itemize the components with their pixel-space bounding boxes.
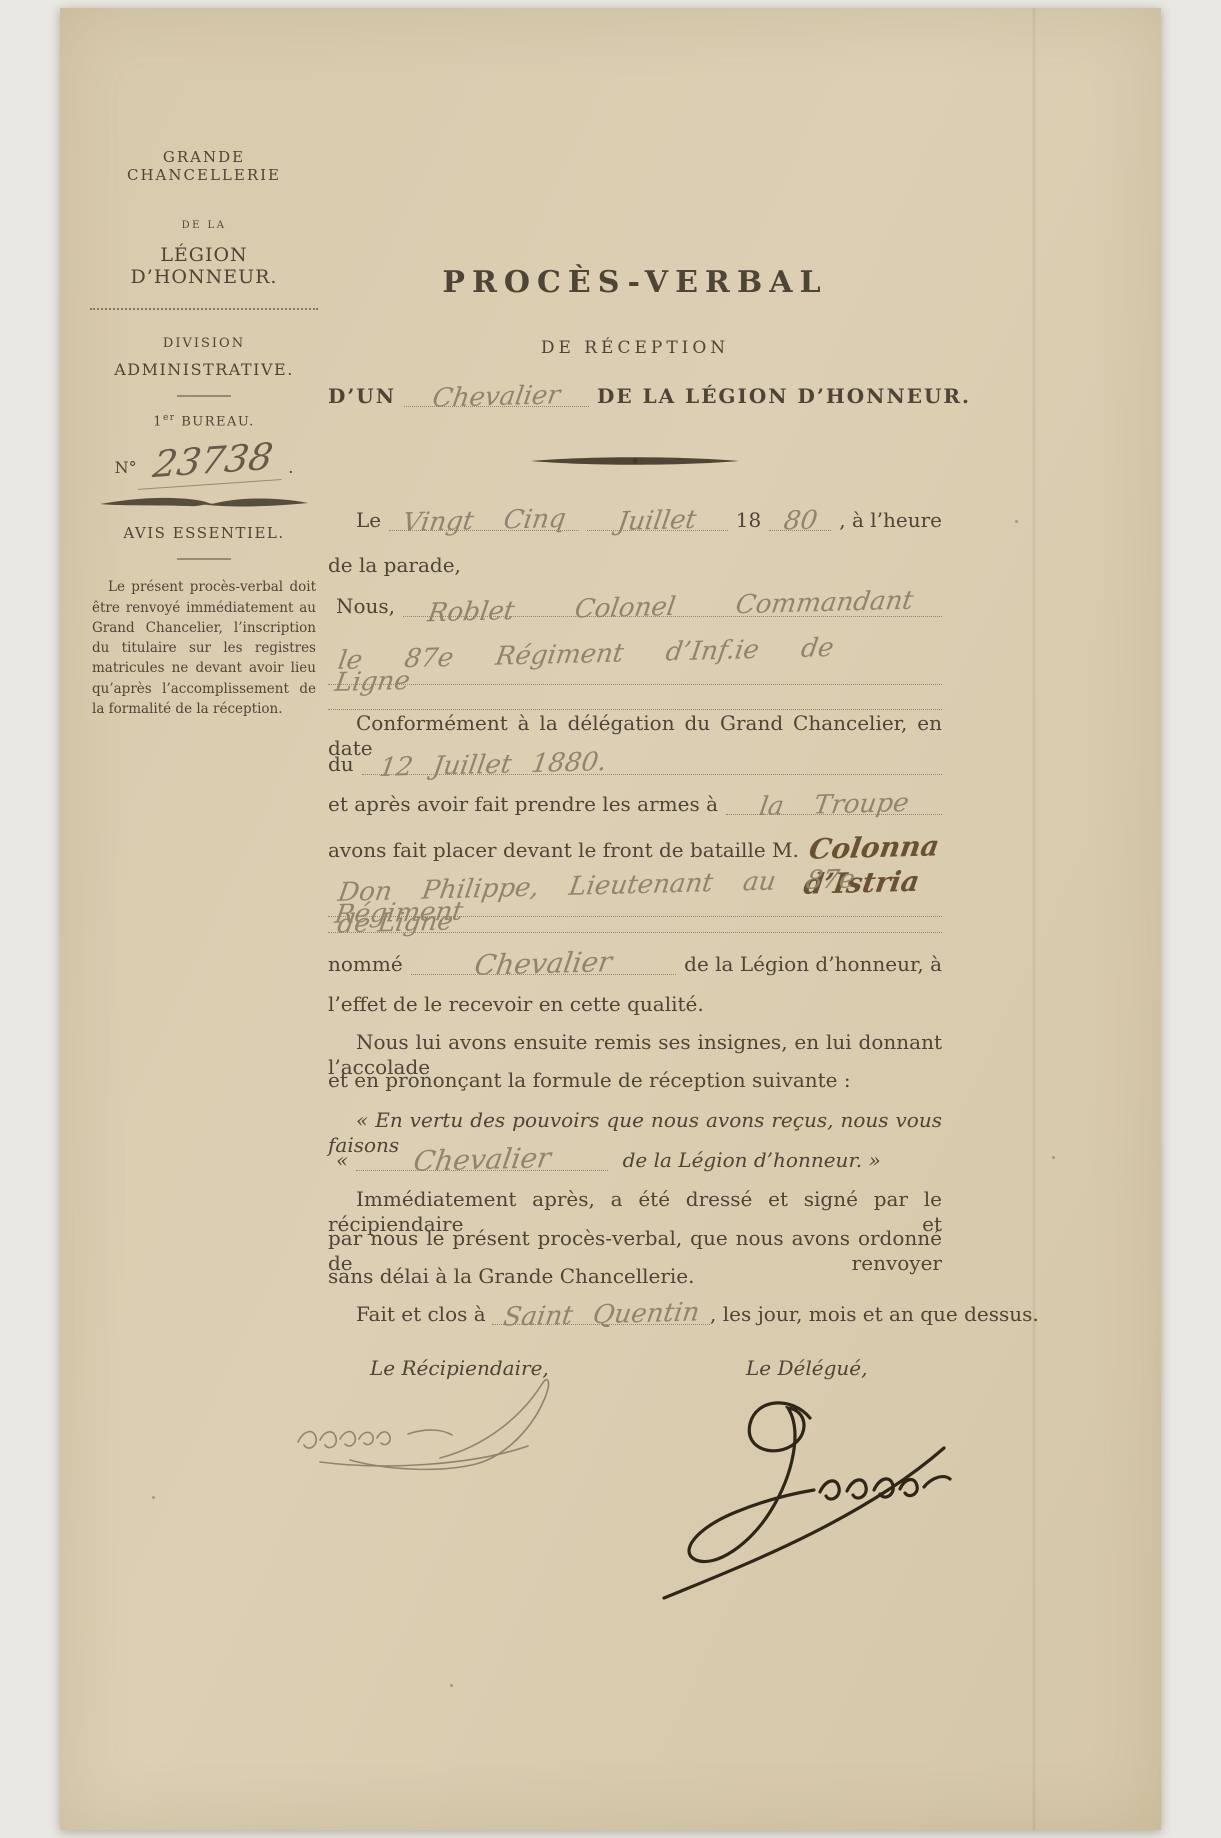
legion-honneur-heading: LÉGION D’HONNEUR. (90, 244, 318, 288)
dun-text: D’UN (328, 384, 396, 409)
printed-formule-after: de la Légion d’honneur. » (616, 1148, 881, 1173)
blank-empty-line (328, 688, 942, 710)
left-margin-column: GRANDE CHANCELLERIE DE LA LÉGION D’HONNE… (90, 8, 318, 719)
form-line-parade: de la parade, (328, 553, 942, 578)
dotted-divider (90, 308, 318, 310)
dossier-number-row: N° 23738 . (90, 439, 318, 485)
blank-troupe: la Troupe (726, 792, 942, 815)
title-divider-ornament (529, 454, 741, 468)
blank-grade: Chevalier (404, 384, 589, 407)
handwritten-regiment: le 87e Régiment d’Inf.ie de Ligne (333, 634, 946, 694)
blank-officer-line2: le 87e Régiment d’Inf.ie de Ligne (328, 640, 942, 685)
form-line-imm3: sans délai à la Grande Chancellerie. (328, 1264, 942, 1289)
printed-nomme-after: de la Légion d’honneur, à (684, 952, 942, 977)
blank-formule-grade: Chevalier (356, 1146, 608, 1171)
printed-fait-after: , les jour, mois et an que dessus. (710, 1302, 1039, 1327)
delegate-signature (652, 1390, 954, 1606)
chancellerie-heading: GRANDE CHANCELLERIE (90, 8, 318, 184)
blank-delegation-date: 12 Juillet 1880. (362, 752, 942, 775)
handwritten-grade: Chevalier (431, 384, 562, 409)
form-line-date: Le Vingt Cinq Juillet 18 80 , à l’heure (328, 508, 942, 533)
handwritten-name-line3: de Ligne (336, 911, 454, 936)
bureau-number: 1 (153, 414, 163, 429)
grade-line: D’UN Chevalier DE LA LÉGION D’HONNEUR. (328, 384, 942, 409)
form-line-du: du 12 Juillet 1880. (328, 752, 942, 777)
blank-month: Juillet (587, 508, 728, 531)
legion-honneur-text: DE LA LÉGION D’HONNEUR. (597, 384, 971, 409)
paper-sheet: GRANDE CHANCELLERIE DE LA LÉGION D’HONNE… (60, 8, 1161, 1830)
dust-speck (152, 1496, 155, 1499)
document-subtitle: DE RÉCEPTION (328, 338, 942, 359)
blank-officer: Roblet Colonel Commandant (403, 594, 942, 617)
document-title: PROCÈS-VERBAL (328, 264, 942, 302)
swash-flourish-divider (98, 493, 310, 511)
printed-le: Le (356, 508, 381, 533)
form-line-effet: l’effet de le recevoir en cette qualité. (328, 992, 942, 1017)
blank-place: Saint Quentin (492, 1302, 710, 1325)
handwritten-nomme-grade: Chevalier (473, 950, 614, 977)
dust-speck (1052, 1156, 1055, 1159)
form-line-nomme: nommé Chevalier de la Légion d’honneur, … (328, 950, 942, 977)
delegate-label: Le Délégué, (746, 1356, 867, 1381)
blank-name-line3: de Ligne (328, 910, 942, 933)
printed-armes: et après avoir fait prendre les armes à (328, 792, 718, 817)
printed-guillemet: « (336, 1148, 348, 1173)
printed-nous: Nous, (336, 594, 395, 619)
bureau-line: 1er BUREAU. (90, 413, 318, 429)
de-la-text: DE LA (90, 220, 318, 231)
numero-label: N° (115, 458, 137, 477)
dust-speck (1015, 520, 1018, 523)
paper-crease (1032, 8, 1036, 1830)
administrative-text: ADMINISTRATIVE. (90, 360, 318, 379)
blank-nomme-grade: Chevalier (411, 950, 676, 975)
handwritten-place: Saint Quentin (502, 1301, 701, 1328)
printed-century: 18 (736, 508, 761, 533)
blank-year: 80 (769, 508, 831, 531)
blank-day: Vingt Cinq (389, 508, 579, 531)
printed-nomme: nommé (328, 952, 403, 977)
printed-bataille: avons fait placer devant le front de bat… (328, 838, 799, 863)
printed-du: du (328, 752, 354, 777)
handwritten-year: 80 (782, 510, 819, 533)
short-divider (177, 558, 231, 560)
handwritten-dossier-number: 23738 (137, 434, 287, 490)
numero-period: . (288, 458, 293, 477)
printed-fait: Fait et clos à (356, 1302, 492, 1327)
short-divider (177, 395, 231, 397)
handwritten-formule-grade: Chevalier (412, 1146, 553, 1173)
handwritten-officer: Roblet Colonel Commandant (426, 590, 914, 625)
form-line-insignes2: et en prononçant la formule de réception… (328, 1068, 942, 1093)
handwritten-day: Vingt Cinq (401, 508, 567, 534)
recipient-signature (290, 1372, 562, 1478)
avis-essentiel-heading: AVIS ESSENTIEL. (90, 524, 318, 542)
form-line-armes: et après avoir fait prendre les armes à … (328, 792, 942, 817)
bureau-word: BUREAU. (176, 414, 255, 429)
handwritten-month: Juillet (617, 509, 699, 533)
bureau-superscript: er (163, 413, 176, 423)
formule-line2: « Chevalier de la Légion d’honneur. » (328, 1146, 942, 1173)
division-text: DIVISION (90, 336, 318, 351)
printed-heure: , à l’heure (839, 508, 942, 533)
handwritten-troupe: la Troupe (758, 792, 910, 818)
handwritten-delegation-date: 12 Juillet 1880. (378, 751, 608, 779)
avis-paragraph: Le présent procès-verbal doit être renvo… (90, 577, 318, 719)
form-line-nous: Nous, Roblet Colonel Commandant (328, 594, 942, 619)
form-line-fait: Fait et clos à Saint Quentin , les jour,… (328, 1302, 942, 1327)
